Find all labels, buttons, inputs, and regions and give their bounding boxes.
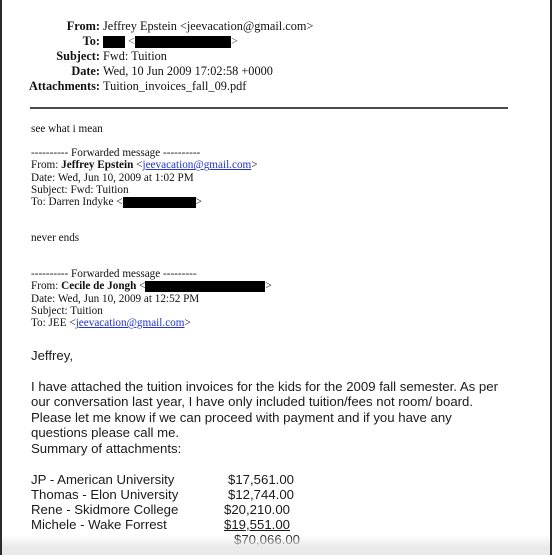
forward-date: Date: Wed, Jun 10, 2009 at 1:02 PM	[31, 172, 258, 184]
forward-subject: Subject: Tuition	[31, 305, 272, 317]
header-from-value: Jeffrey Epstein <jeevacation@gmail.com>	[103, 19, 313, 34]
summary-total: $70,066.00	[234, 532, 300, 547]
summary-heading: Summary of attachments:	[31, 441, 501, 456]
forward-divider: ---------- Forwarded message ----------	[31, 147, 258, 159]
forwarded-message-1: ---------- Forwarded message ---------- …	[31, 147, 258, 208]
angle-close: >	[231, 34, 238, 48]
forward-from: From: Jeffrey Epstein <jeevacation@gmail…	[31, 159, 258, 171]
header-divider	[30, 107, 508, 109]
summary-student-school: Michele - Wake Forrest	[31, 517, 167, 532]
summary-student-school: Thomas - Elon University	[31, 487, 178, 502]
summary-student-school: Rene - Skidmore College	[31, 502, 178, 517]
forward-from-name: Cecile de Jongh	[61, 280, 136, 292]
forward-divider: ---------- Forwarded message ---------	[31, 268, 272, 280]
header-attachments-label: Attachments:	[0, 79, 103, 94]
note-text: see what i mean	[31, 123, 103, 135]
letter-greeting: Jeffrey,	[31, 348, 501, 363]
header-to-label: To:	[0, 34, 103, 49]
header-subject-row: Subject: Fwd: Tuition	[0, 49, 313, 64]
redaction-bar	[145, 281, 265, 292]
header-from-row: From: Jeffrey Epstein <jeevacation@gmail…	[0, 19, 313, 34]
note-see-what-i-mean: see what i mean	[31, 123, 103, 135]
summary-amount: $20,210.00	[224, 502, 290, 517]
header-from-label: From:	[0, 19, 103, 34]
email-header: From: Jeffrey Epstein <jeevacation@gmail…	[0, 19, 313, 94]
forward-to: To: JEE <jeevacation@gmail.com>	[31, 317, 272, 329]
header-to-value: <>	[103, 34, 238, 49]
header-attachments-row: Attachments: Tuition_invoices_fall_09.pd…	[0, 79, 313, 94]
forward-to: To: Darren Indyke <>	[31, 196, 258, 208]
header-subject-label: Subject:	[0, 49, 103, 64]
header-date-label: Date:	[0, 64, 103, 79]
forward-from: From: Cecile de Jongh <>	[31, 280, 272, 292]
redaction-bar	[123, 197, 196, 208]
forward-date: Date: Wed, Jun 10, 2009 at 12:52 PM	[31, 293, 272, 305]
redaction-bar	[135, 36, 231, 48]
forward-from-name: Jeffrey Epstein	[61, 159, 133, 171]
angle-open: <	[128, 34, 135, 48]
forward-from-email-link[interactable]: jeevacation@gmail.com	[142, 159, 251, 171]
note-text: never ends	[31, 232, 79, 244]
summary-amount: $19,551.00	[224, 517, 290, 532]
letter-body: I have attached the tuition invoices for…	[31, 379, 501, 440]
header-date-row: Date: Wed, 10 Jun 2009 17:02:58 +0000	[0, 64, 313, 79]
forward-subject: Subject: Fwd: Tuition	[31, 184, 258, 196]
header-attachments-value[interactable]: Tuition_invoices_fall_09.pdf	[103, 79, 246, 94]
redaction-bar	[103, 36, 125, 48]
summary-student-school: JP - American University	[31, 472, 174, 487]
summary-amount: $12,744.00	[228, 487, 294, 502]
forward-to-email-link[interactable]: jeevacation@gmail.com	[76, 317, 185, 329]
summary-amount: $17,561.00	[228, 472, 294, 487]
header-to-row: To: <>	[0, 34, 313, 49]
note-never-ends: never ends	[31, 232, 79, 244]
header-date-value: Wed, 10 Jun 2009 17:02:58 +0000	[103, 64, 273, 79]
header-subject-value: Fwd: Tuition	[103, 49, 167, 64]
forwarded-message-2: ---------- Forwarded message --------- F…	[31, 268, 272, 329]
